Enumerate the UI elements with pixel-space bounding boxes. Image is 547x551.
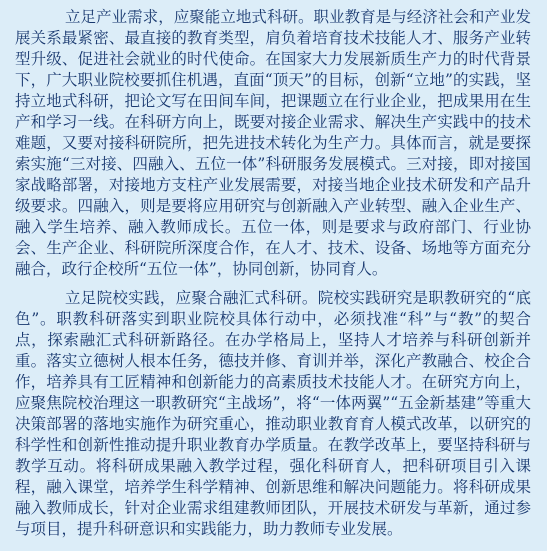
- document-page: 立足产业需求，应聚能立地式科研。职业教育是与经济社会和产业发展关系最紧密、最直接…: [0, 0, 547, 551]
- paragraph-industry-research: 立足产业需求，应聚能立地式科研。职业教育是与经济社会和产业发展关系最紧密、最直接…: [15, 7, 531, 280]
- paragraph-school-practice: 立足院校实践，应聚合融汇式科研。院校实践研究是职教研究的“底色”。职教科研落实到…: [15, 288, 531, 540]
